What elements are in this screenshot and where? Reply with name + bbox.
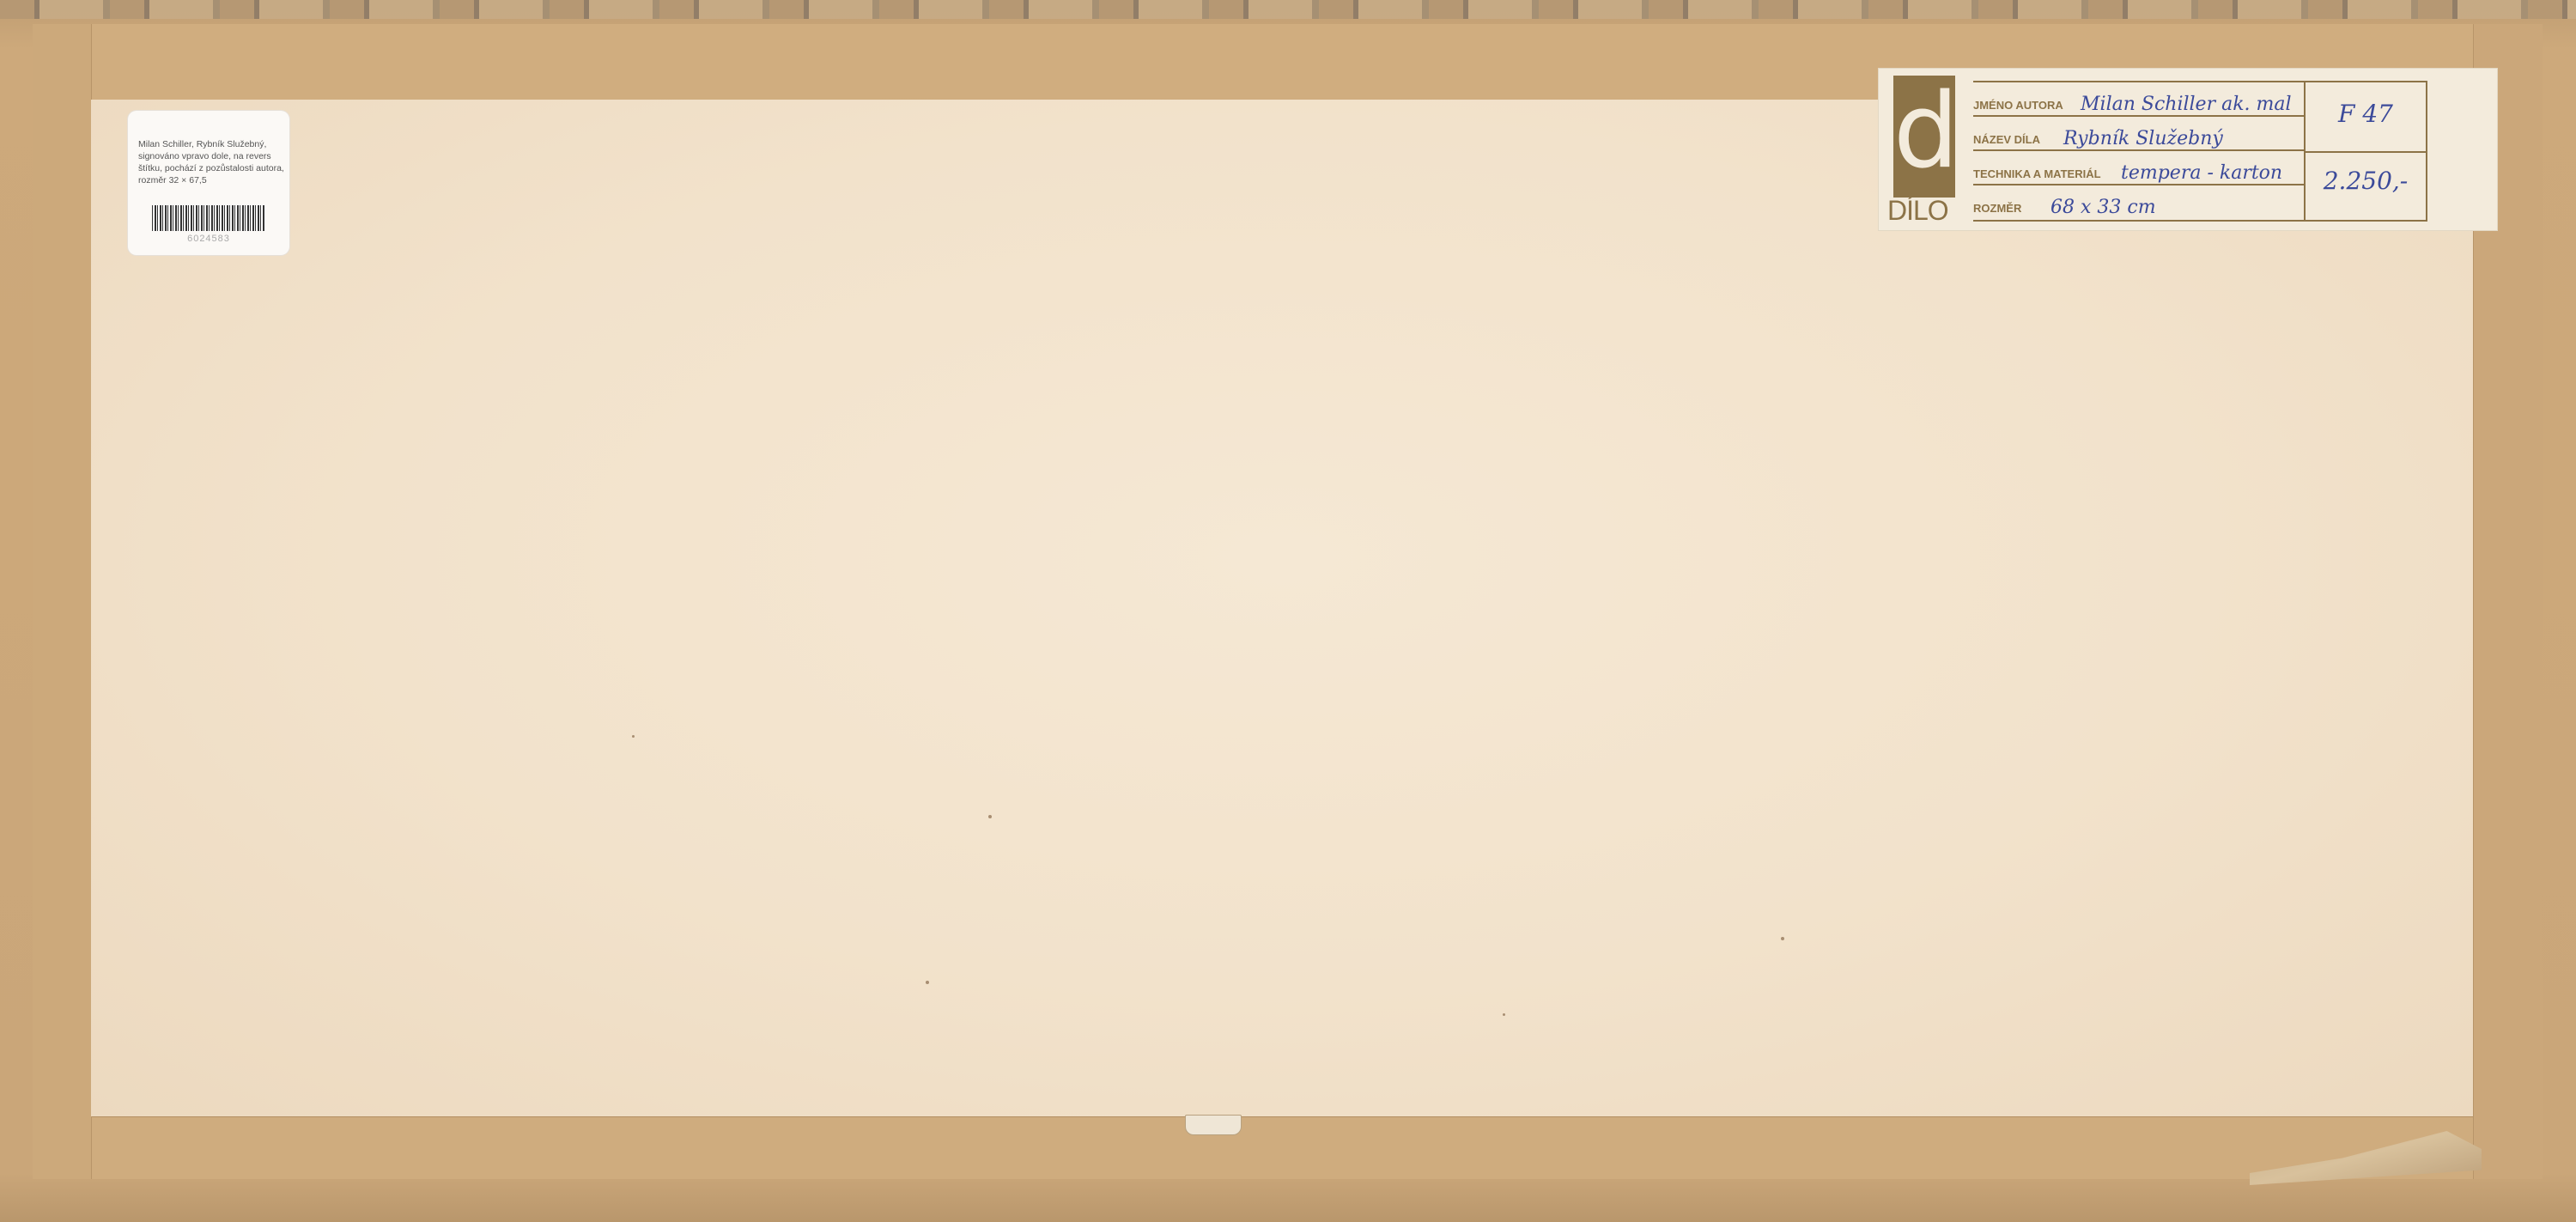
- divider: [1973, 220, 2304, 222]
- speck: [926, 981, 929, 984]
- speck: [1781, 937, 1784, 940]
- auction-sticker: Milan Schiller, Rybník Služebný, signová…: [128, 111, 289, 255]
- dilo-logo: d: [1893, 76, 1955, 198]
- barcode-number: 6024583: [128, 234, 289, 244]
- code-box: F 47: [2304, 81, 2427, 153]
- label-fields: JMÉNO AUTORA Milan Schiller ak. mal NÁZE…: [1973, 81, 2463, 222]
- speck: [632, 735, 635, 738]
- barcode-icon: [152, 205, 265, 231]
- tape-strip-left: [33, 24, 92, 1179]
- field-technique: TECHNIKA A MATERIÁL tempera - karton: [1973, 149, 2304, 185]
- backing-board: [91, 100, 2473, 1116]
- speck: [1503, 1013, 1505, 1016]
- field-label: ROZMĚR: [1973, 202, 2021, 215]
- tape-strip-bottom: [33, 1116, 2540, 1179]
- field-value: Milan Schiller ak. mal: [2081, 94, 2292, 115]
- torn-top-edge: [0, 0, 2576, 19]
- field-value: 68 x 33 cm: [2050, 197, 2156, 218]
- price-box: 2.250,-: [2304, 149, 2427, 222]
- dilo-logo-letter: d: [1893, 81, 1955, 184]
- sticker-description: Milan Schiller, Rybník Služebný, signová…: [138, 138, 284, 186]
- field-author: JMÉNO AUTORA Milan Schiller ak. mal: [1973, 81, 2304, 117]
- field-value: tempera - karton: [2121, 162, 2282, 184]
- field-label: TECHNIKA A MATERIÁL: [1973, 167, 2101, 180]
- price-value: 2.250,-: [2306, 167, 2426, 195]
- paper-tab: [1185, 1115, 1242, 1135]
- field-label: JMÉNO AUTORA: [1973, 99, 2063, 112]
- speck: [988, 815, 992, 818]
- dilo-logo-word: DÍLO: [1887, 196, 1973, 225]
- field-label: NÁZEV DÍLA: [1973, 133, 2040, 146]
- inventory-code: F 47: [2306, 100, 2426, 128]
- field-title: NÁZEV DÍLA Rybník Služebný: [1973, 115, 2304, 151]
- dilo-label: d DÍLO JMÉNO AUTORA Milan Schiller ak. m…: [1879, 69, 2497, 230]
- field-size: ROZMĚR 68 x 33 cm: [1973, 184, 2304, 220]
- field-value: Rybník Služebný: [2063, 128, 2223, 149]
